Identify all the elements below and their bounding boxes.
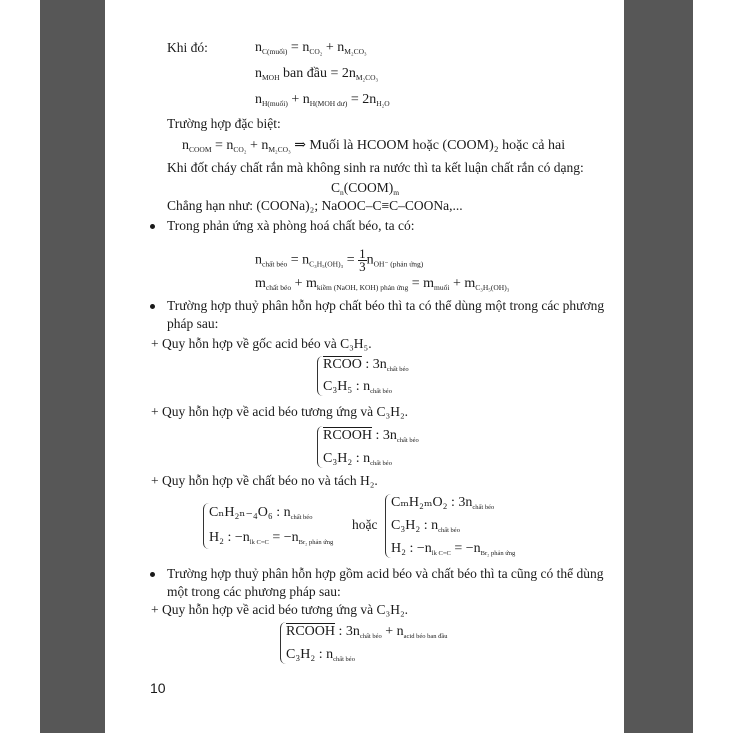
hydrolysis-text-line2: pháp sau: (167, 316, 218, 332)
method3-right-row2: C₃H₂ : nchất béo (391, 518, 460, 534)
bullet-icon (150, 224, 155, 229)
method2-row1: RCOOH : 3nchất béo (323, 428, 419, 444)
bullet-icon (150, 572, 155, 577)
saponification-text: Trong phản ứng xà phòng hoá chất béo, ta… (167, 218, 415, 234)
equation-moh: nMOH ban đầu = 2nM₂CO₃ (255, 66, 378, 82)
right-dark-margin (624, 0, 693, 733)
method1-label: + Quy hỗn hợp về gốc acid béo và C₃H₅. (151, 336, 372, 352)
method3-right-row3: H₂ : −nlk C=C = −nBr₂ phản ứng (391, 541, 515, 557)
special-case-equation: nCOOM = nCO₂ + nM₂CO₃ ⇒ Muối là HCOOM ho… (182, 138, 565, 154)
combustion-text: Khi đốt cháy chất rắn mà không sinh ra n… (167, 160, 584, 176)
method3-label: + Quy hỗn hợp về chất béo no và tách H₂. (151, 473, 378, 489)
acid-fat-method-label: + Quy hỗn hợp về acid béo tương ứng và C… (151, 602, 408, 618)
method3-left-row2: H₂ : −nlk C=C = −nBr₂ phản ứng (209, 530, 333, 546)
equation-c-muoi: nC(muối) = nCO₂ + nM₂CO₃ (255, 40, 367, 56)
method2-row2: C₃H₂ : nchất béo (323, 451, 392, 467)
acid-fat-row2: C₃H₂ : nchất béo (286, 647, 355, 663)
method2-label: + Quy hỗn hợp về acid béo tương ứng và C… (151, 404, 408, 420)
bullet-icon (150, 304, 155, 309)
acid-fat-text-line2: một trong các phương pháp sau: (167, 584, 341, 600)
hydrolysis-text-line1: Trường hợp thuỷ phân hỗn hợp chất béo th… (167, 298, 604, 314)
left-dark-margin (40, 0, 105, 733)
acid-fat-text-line1: Trường hợp thuỷ phân hỗn hợp gồm acid bé… (167, 566, 604, 582)
equation-h-muoi: nH(muối) + nH(MOH dư) = 2nH₂O (255, 92, 390, 108)
general-formula: Cn(COOM)m (331, 180, 399, 196)
acid-fat-row1: RCOOH : 3nchất béo + nacid béo ban đầu (286, 624, 448, 640)
saponification-mole-equation: nchất béo = nC₃H₅(OH)₃ = 13nOH⁻ (phản ứn… (255, 248, 423, 273)
page-number: 10 (150, 680, 166, 696)
method3-right-row1: CₘH₂ₘO₂ : 3nchất béo (391, 495, 494, 511)
or-label: hoặc (352, 517, 377, 533)
method1-row1: RCOO : 3nchất béo (323, 357, 409, 373)
saponification-mass-equation: mchất béo + mkiềm (NaOH, KOH) phản ứng =… (255, 276, 509, 292)
method3-left-row1: CₙH₂ₙ₋₄O₆ : nchất béo (209, 505, 312, 521)
special-case-title: Trường hợp đặc biệt: (167, 116, 281, 132)
document-page: Khi đó: nC(muối) = nCO₂ + nM₂CO₃ nMOH ba… (105, 0, 624, 733)
examples-text: Chẳng hạn như: (COONa)₂; NaOOC–C≡C–COONa… (167, 198, 463, 214)
intro-label: Khi đó: (167, 40, 208, 56)
method1-row2: C₃H₅ : nchất béo (323, 379, 392, 395)
